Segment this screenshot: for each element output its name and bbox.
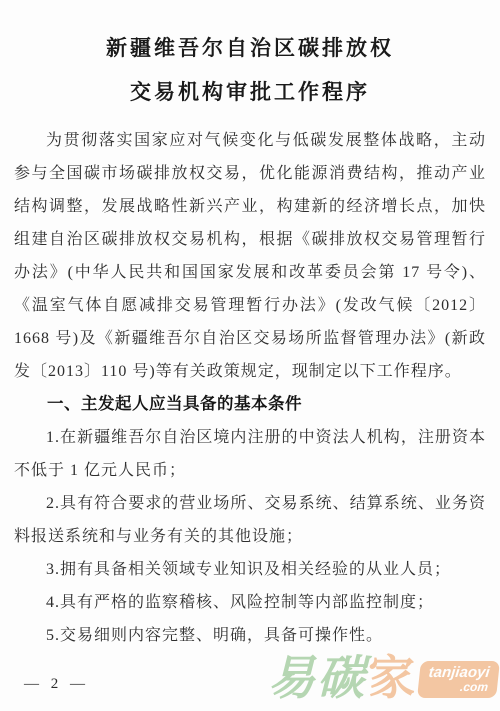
condition-item-2: 2.具有符合要求的营业场所、交易系统、结算系统、业务资料报送系统和与业务有关的其… bbox=[14, 487, 486, 553]
tanjiaoyi-watermark: 易碳 家 tanjiaoyi .com bbox=[268, 656, 498, 703]
condition-item-5: 5.交易细则内容完整、明确，具备可操作性。 bbox=[14, 619, 486, 652]
intro-paragraph: 为贯彻落实国家应对气候变化与低碳发展整体战略，主动参与全国碳市场碳排放权交易，优… bbox=[14, 124, 486, 388]
watermark-green-chars: 易碳 bbox=[268, 656, 366, 703]
condition-item-3: 3.拥有具备相关领域专业知识及相关经验的从业人员； bbox=[14, 553, 486, 586]
watermark-domain-badge: tanjiaoyi .com bbox=[417, 661, 500, 698]
document-title: 新疆维吾尔自治区碳排放权 交易机构审批工作程序 bbox=[14, 26, 486, 114]
condition-item-4: 4.具有严格的监察稽核、风险控制等内部监控制度； bbox=[14, 586, 486, 619]
title-line-2: 交易机构审批工作程序 bbox=[14, 70, 486, 114]
section-1-heading: 一、主发起人应当具备的基本条件 bbox=[14, 388, 486, 421]
watermark-orange-char: 家 bbox=[368, 656, 415, 703]
condition-item-1: 1.在新疆维吾尔自治区境内注册的中资法人机构，注册资本不低于 1 亿元人民币； bbox=[14, 421, 486, 487]
watermark-domain-name: tanjiaoyi bbox=[428, 665, 491, 681]
page-number: — 2 — bbox=[24, 676, 89, 693]
title-line-1: 新疆维吾尔自治区碳排放权 bbox=[14, 26, 486, 70]
document-page: 新疆维吾尔自治区碳排放权 交易机构审批工作程序 为贯彻落实国家应对气候变化与低碳… bbox=[0, 0, 500, 711]
watermark-domain-tld: .com bbox=[427, 681, 489, 693]
